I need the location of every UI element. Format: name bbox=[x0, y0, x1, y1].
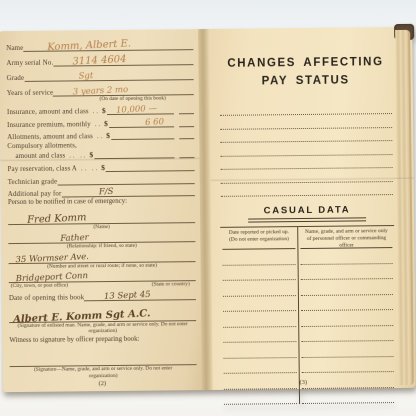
field-row-date-of-opening: Date of opening this book 13 Sept 45 bbox=[9, 290, 196, 302]
field-line: Father bbox=[8, 233, 195, 245]
field-label-name: Name bbox=[6, 45, 23, 52]
handwritten-additional-pay: F/S bbox=[99, 187, 114, 198]
emergency-street-line: 35 Wormser Ave. bbox=[8, 252, 195, 264]
field-line: Sgt bbox=[24, 70, 194, 82]
field-line: 6 60 bbox=[109, 118, 174, 129]
table-row-line bbox=[223, 327, 296, 343]
field-row-insurance-premium: Insurance premium, monthly .. $ 6 60 bbox=[7, 117, 194, 129]
leader-dots: .. bbox=[95, 121, 102, 128]
field-line-stub bbox=[179, 129, 194, 139]
changes-ruled-lines bbox=[219, 101, 394, 197]
field-row-grade: Grade Sgt bbox=[7, 70, 194, 82]
emergency-heading: Person to be notified in case of emergen… bbox=[8, 197, 195, 206]
table-row-line bbox=[302, 341, 394, 357]
table-row-line bbox=[302, 326, 394, 342]
dollar-sign: $ bbox=[104, 119, 108, 128]
caption-state: (State or country) bbox=[152, 281, 190, 288]
pay-record-booklet: Name Komm, Albert E. Army serial No. 311… bbox=[0, 27, 416, 392]
field-row-pay-reservation: Pay reservation, class A .. .. $ bbox=[8, 161, 195, 173]
field-line: F/S bbox=[61, 186, 194, 197]
table-row-line bbox=[302, 388, 394, 404]
field-line: Bridgeport Conn bbox=[9, 271, 196, 283]
dollar-sign: $ bbox=[101, 163, 105, 172]
field-line: 10,000 — bbox=[107, 105, 174, 116]
handwritten-street: 35 Wormser Ave. bbox=[16, 252, 90, 265]
field-line: 13 Sept 45 bbox=[84, 290, 196, 301]
field-line bbox=[111, 130, 174, 141]
double-rule bbox=[248, 217, 366, 222]
field-line-stub bbox=[179, 104, 194, 114]
field-row-years-of-service: Years of service 3 years 2 mo bbox=[7, 85, 194, 97]
table-row-line bbox=[224, 358, 297, 374]
field-label-years: Years of service bbox=[7, 90, 54, 97]
handwritten-years: 3 years 2 mo bbox=[73, 85, 129, 98]
table-row-line bbox=[223, 342, 296, 358]
dollar-sign: $ bbox=[106, 131, 110, 140]
table-row-line bbox=[223, 311, 296, 327]
casual-col-officer-header: Name, grade, and arm or service only of … bbox=[300, 226, 392, 249]
leader-dots: .. bbox=[93, 108, 100, 115]
page-number-left: (2) bbox=[3, 379, 202, 388]
field-line: Albert E. Komm Sgt A.C. bbox=[9, 311, 196, 323]
handwritten-name: Komm, Albert E. bbox=[47, 38, 131, 53]
leader-dots: .. bbox=[97, 133, 104, 140]
field-line: 3114 4604 bbox=[53, 55, 193, 66]
page-stack-edge bbox=[395, 30, 414, 385]
field-label-grade: Grade bbox=[7, 75, 25, 82]
field-label-insurance-amount: Insurance, amount and class bbox=[7, 108, 89, 116]
handwritten-premium: 6 60 bbox=[144, 117, 163, 128]
field-line-stub bbox=[179, 117, 194, 127]
field-label-serial: Army serial No. bbox=[6, 60, 53, 67]
handwritten-insurance-amount: 10,000 — bbox=[116, 104, 157, 116]
handwritten-relationship: Father bbox=[60, 233, 89, 244]
leader-dots: .. .. bbox=[81, 165, 99, 172]
table-row-line bbox=[223, 265, 296, 281]
field-line: 3 years 2 mo bbox=[53, 85, 194, 96]
handwritten-serial: 3114 4604 bbox=[73, 54, 128, 67]
table-row-line bbox=[302, 357, 394, 373]
field-row-insurance-amount: Insurance, amount and class .. $ 10,000 … bbox=[7, 104, 194, 116]
table-row-line bbox=[301, 264, 393, 280]
table-row-line bbox=[224, 389, 297, 405]
table-row-line bbox=[223, 280, 296, 296]
field-row-technician-grade: Technician grade bbox=[8, 174, 195, 186]
emergency-relationship-line: Father bbox=[8, 233, 195, 245]
field-line: Fred Komm bbox=[8, 213, 195, 225]
witness-heading: Witness to signature by officer preparin… bbox=[9, 336, 196, 345]
handwritten-city: Bridgeport Conn bbox=[16, 271, 89, 284]
field-line: 35 Wormser Ave. bbox=[8, 252, 195, 264]
table-row-line bbox=[301, 279, 393, 295]
emergency-city-line: Bridgeport Conn bbox=[9, 271, 196, 283]
ruled-line bbox=[221, 182, 393, 197]
field-line bbox=[106, 161, 195, 172]
page-title: CHANGES AFFECTING PAY STATUS bbox=[225, 54, 385, 91]
table-row-line bbox=[301, 310, 393, 326]
emergency-name-line: Fred Komm bbox=[8, 213, 195, 225]
table-row-line bbox=[301, 295, 393, 311]
field-line bbox=[57, 174, 195, 185]
field-label-pay-reservation: Pay reservation, class A bbox=[8, 166, 78, 174]
table-row-line bbox=[301, 248, 393, 264]
field-label-date: Date of opening this book bbox=[9, 294, 84, 302]
caption-witness: (Signature—Name, grade, and arm or servi… bbox=[10, 366, 197, 380]
field-row-allotments: Allotments, amount and class .. $ bbox=[7, 129, 194, 141]
dollar-sign: $ bbox=[102, 106, 106, 115]
field-row-name: Name Komm, Albert E. bbox=[6, 40, 193, 52]
field-line bbox=[10, 356, 197, 368]
field-label-insurance-premium: Insurance premium, monthly bbox=[7, 121, 91, 129]
witness-signature-line bbox=[10, 356, 197, 368]
table-row-line bbox=[223, 296, 296, 312]
field-row-serial: Army serial No. 3114 4604 bbox=[6, 55, 193, 67]
signature-line: Albert E. Komm Sgt A.C. bbox=[9, 311, 196, 323]
table-row-line bbox=[222, 249, 295, 265]
handwritten-date: 13 Sept 45 bbox=[104, 290, 151, 302]
field-label-technician: Technician grade bbox=[8, 179, 58, 187]
casual-col-date-header: Date reported or picked up. (Do not ente… bbox=[222, 227, 296, 250]
field-label-allotments: Allotments, amount and class bbox=[7, 133, 93, 141]
handwritten-grade: Sgt bbox=[78, 71, 93, 82]
page-left: Name Komm, Albert E. Army serial No. 311… bbox=[0, 29, 202, 392]
handwritten-emergency-name: Fred Komm bbox=[27, 212, 87, 226]
field-row-additional-pay: Additional pay for F/S bbox=[8, 186, 195, 198]
field-label-additional-pay: Additional pay for bbox=[8, 191, 62, 199]
casual-data-heading: CASUAL DATA bbox=[220, 204, 394, 217]
page-right: CHANGES AFFECTING PAY STATUS CASUAL DATA… bbox=[209, 27, 416, 390]
field-line: Komm, Albert E. bbox=[23, 40, 193, 52]
